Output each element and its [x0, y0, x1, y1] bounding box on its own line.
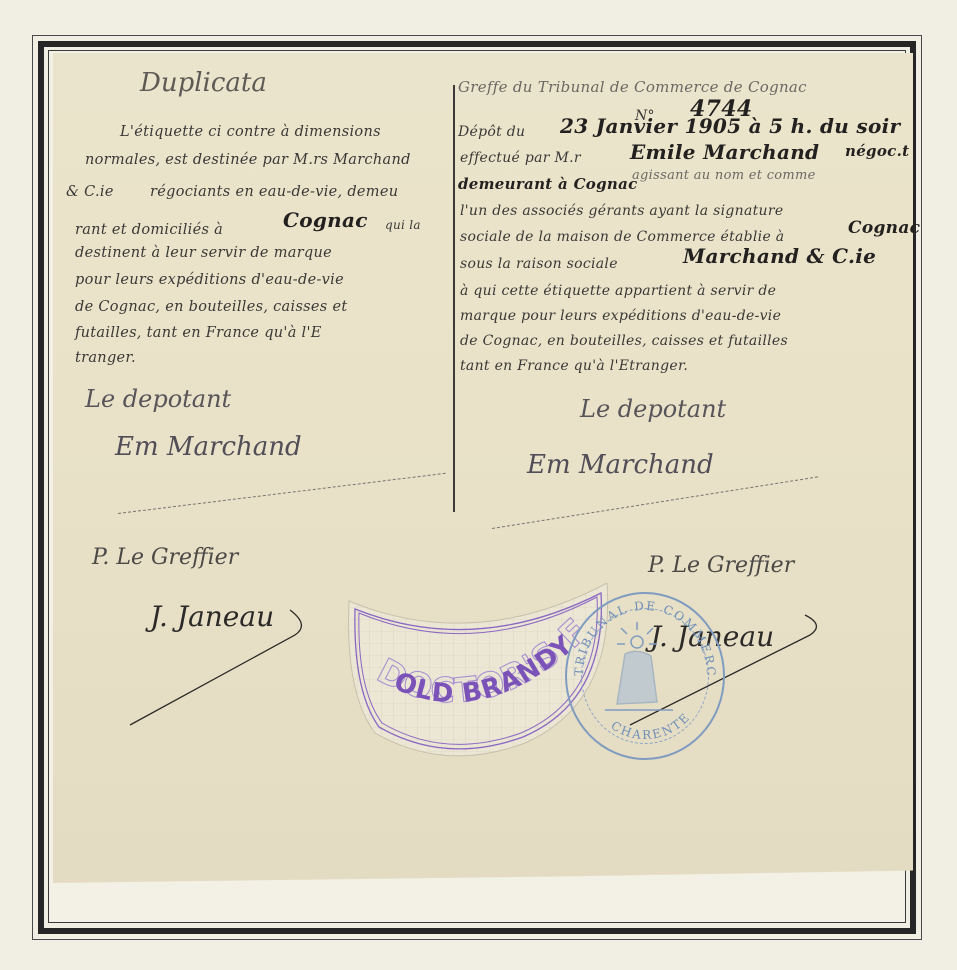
right-depositor-signature: Em Marchand — [527, 450, 714, 480]
right-line-1: l'un des associés gérants ayant la signa… — [460, 203, 783, 219]
right-depositor-title: négoc.t — [845, 142, 909, 160]
left-margin-note: & C.ie — [66, 184, 114, 200]
left-depositor-label: Le depotant — [85, 385, 231, 413]
left-line-8: futailles, tant en France qu'à l'E — [75, 325, 322, 341]
right-line-6: de Cognac, en bouteilles, caisses et fut… — [460, 333, 788, 349]
right-deposit-date: 23 Janvier 1905 à 5 h. du soir — [560, 114, 900, 138]
left-line-4: rant et domiciliés à — [75, 222, 223, 238]
left-depositor-signature: Em Marchand — [115, 432, 302, 462]
left-line-6: pour leurs expéditions d'eau-de-vie — [75, 272, 344, 288]
right-deposit-prefix: Dépôt du — [458, 124, 525, 140]
right-town: Cognac — [848, 218, 920, 238]
document-title: Duplicata — [140, 68, 267, 98]
right-depositor-name: Emile Marchand — [630, 140, 819, 164]
svg-text:CHARENTE: CHARENTE — [609, 710, 694, 743]
left-line-5: destinent à leur servir de marque — [75, 245, 332, 261]
left-line-3: régociants en eau-de-vie, demeu — [150, 184, 398, 200]
right-clerk-label: P. Le Greffier — [648, 553, 794, 578]
left-place-cognac: Cognac — [283, 208, 368, 232]
left-line-7: de Cognac, en bouteilles, caisses et — [75, 299, 347, 315]
left-clerk-label: P. Le Greffier — [92, 545, 238, 570]
left-line-2: normales, est destinée par M.rs Marchand — [85, 152, 411, 168]
right-acting-note: agissant au nom et comme — [632, 168, 816, 183]
left-line-9: tranger. — [75, 350, 136, 366]
right-line-2: sociale de la maison de Commerce établie… — [460, 229, 784, 245]
right-line-7: tant en France qu'à l'Etranger. — [460, 358, 688, 374]
right-line-4: à qui cette étiquette appartient à servi… — [460, 283, 776, 299]
left-place-suffix: qui la — [385, 218, 421, 232]
left-line-1: L'étiquette ci contre à dimensions — [120, 124, 381, 140]
right-header: Greffe du Tribunal de Commerce de Cognac — [458, 78, 807, 96]
right-depositor-label: Le depotant — [580, 395, 726, 423]
column-divider — [453, 85, 455, 512]
stamp-seal-icon: TRIBUNAL DE COMMERCE DE COGNAC CHARENTE — [565, 592, 725, 760]
right-line-5: marque pour leurs expéditions d'eau-de-v… — [460, 308, 781, 324]
official-stamp: TRIBUNAL DE COMMERCE DE COGNAC CHARENTE — [565, 592, 725, 760]
right-effected-prefix: effectué par M.r — [460, 150, 581, 166]
right-firm: Marchand & C.ie — [683, 244, 876, 268]
left-clerk-flourish — [120, 585, 320, 735]
right-residence: demeurant à Cognac — [458, 175, 638, 193]
right-line-3: sous la raison sociale — [460, 256, 618, 272]
